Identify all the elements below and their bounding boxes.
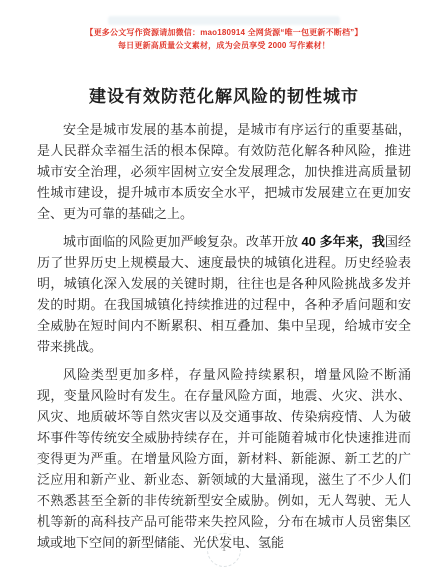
bold-text-run: 40 多年来，我 <box>301 234 384 249</box>
ad-watermark-header: 【更多公文写作资源请加微信：mao180914 全网货源“唯一包更新不断档”】 … <box>0 26 448 52</box>
document-body: 安全是城市发展的基本前提，是城市有序运行的重要基础，是人民群众幸福生活的根本保障… <box>37 119 411 553</box>
text-run: 风险类型更加多样，存量风险持续累积，增量风险不断涌现，变量风险时有发生。在存量风… <box>37 367 411 550</box>
page-number: 1 <box>0 542 448 554</box>
page-footer: 1 <box>0 532 448 568</box>
document-title: 建设有效防范化解风险的韧性城市 <box>30 86 418 108</box>
paragraph-1: 安全是城市发展的基本前提，是城市有序运行的重要基础，是人民群众幸福生活的根本保障… <box>37 119 411 224</box>
paragraph-3: 风险类型更加多样，存量风险持续累积，增量风险不断涌现，变量风险时有发生。在存量风… <box>37 364 411 553</box>
document-page: 【更多公文写作资源请加微信：mao180914 全网货源“唯一包更新不断档”】 … <box>0 0 448 580</box>
text-run: 安全是城市发展的基本前提，是城市有序运行的重要基础，是人民群众幸福生活的根本保障… <box>37 122 411 221</box>
faint-watermark <box>108 16 340 25</box>
ad-watermark-line-1: 【更多公文写作资源请加微信：mao180914 全网货源“唯一包更新不断档”】 <box>0 26 448 39</box>
text-run: 城市面临的风险更加严峻复杂。改革开放 <box>63 234 301 249</box>
text-run: 国经历了世界历史上规模最大、速度最快的城镇化进程。历史经验表明，城镇化深入发展的… <box>37 234 411 354</box>
ad-watermark-line-2: 每日更新高质量公文素材，成为会员享受 2000 写作素材！ <box>0 39 448 52</box>
paragraph-2: 城市面临的风险更加严峻复杂。改革开放 40 多年来，我国经历了世界历史上规模最大… <box>37 231 411 357</box>
